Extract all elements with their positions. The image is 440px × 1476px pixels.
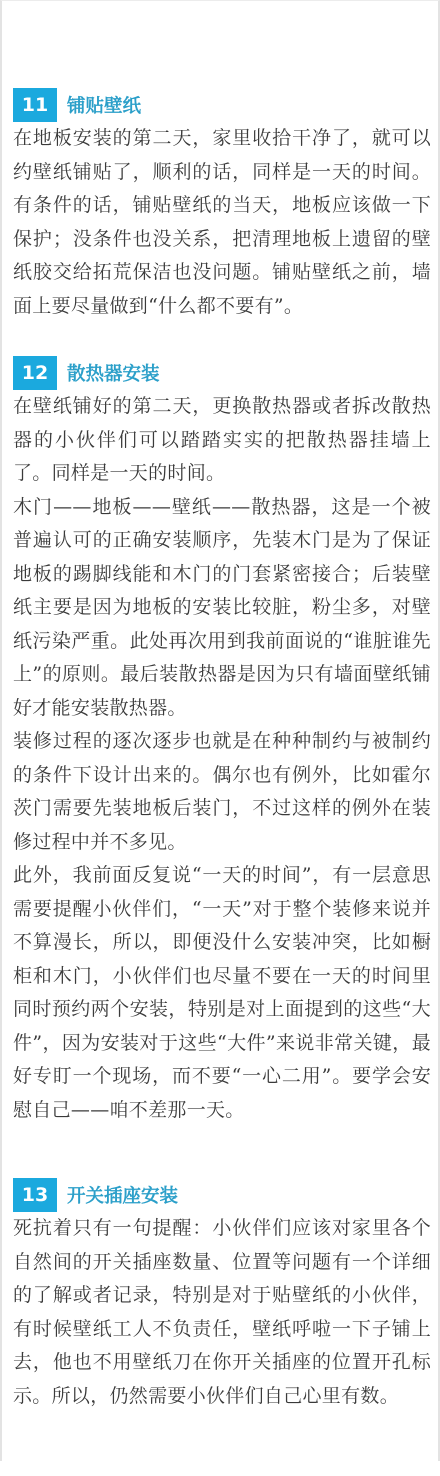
section-number-badge: 11	[13, 88, 57, 122]
section-heading: 12 散热器安装	[13, 356, 431, 390]
section-title: 铺贴壁纸	[67, 92, 141, 118]
section-number-badge: 13	[13, 1178, 57, 1212]
paragraph: 在壁纸铺好的第二天，更换散热器或者拆改散热器的小伙伴们可以踏踏实实的把散热器挂墙…	[13, 390, 431, 491]
section-heading: 11 铺贴壁纸	[13, 88, 431, 122]
section-12: 12 散热器安装 在壁纸铺好的第二天，更换散热器或者拆改散热器的小伙伴们可以踏踏…	[13, 356, 431, 1127]
paragraph: 在地板安装的第二天，家里收拾干净了，就可以约壁纸铺贴了，顺利的话，同样是一天的时…	[13, 122, 431, 323]
section-13: 13 开关插座安装 死抗着只有一句提醒：小伙伴们应该对家里各个自然间的开关插座数…	[13, 1178, 431, 1413]
section-11: 11 铺贴壁纸 在地板安装的第二天，家里收拾干净了，就可以约壁纸铺贴了，顺利的话…	[13, 88, 431, 323]
paragraph: 此外，我前面反复说“一天的时间”，有一层意思需要提醒小伙伴们，“一天”对于整个装…	[13, 859, 431, 1127]
paragraph: 死抗着只有一句提醒：小伙伴们应该对家里各个自然间的开关插座数量、位置等问题有一个…	[13, 1212, 431, 1413]
section-heading: 13 开关插座安装	[13, 1178, 431, 1212]
paragraph: 木门——地板——壁纸——散热器，这是一个被普遍认可的正确安装顺序，先装木门是为了…	[13, 491, 431, 726]
section-title: 开关插座安装	[67, 1182, 178, 1208]
section-title: 散热器安装	[67, 360, 160, 386]
article-frame: 11 铺贴壁纸 在地板安装的第二天，家里收拾干净了，就可以约壁纸铺贴了，顺利的话…	[0, 0, 440, 1461]
section-number-badge: 12	[13, 356, 57, 390]
paragraph: 装修过程的逐次逐步也就是在种种制约与被制约的条件下设计出来的。偶尔也有例外，比如…	[13, 725, 431, 859]
